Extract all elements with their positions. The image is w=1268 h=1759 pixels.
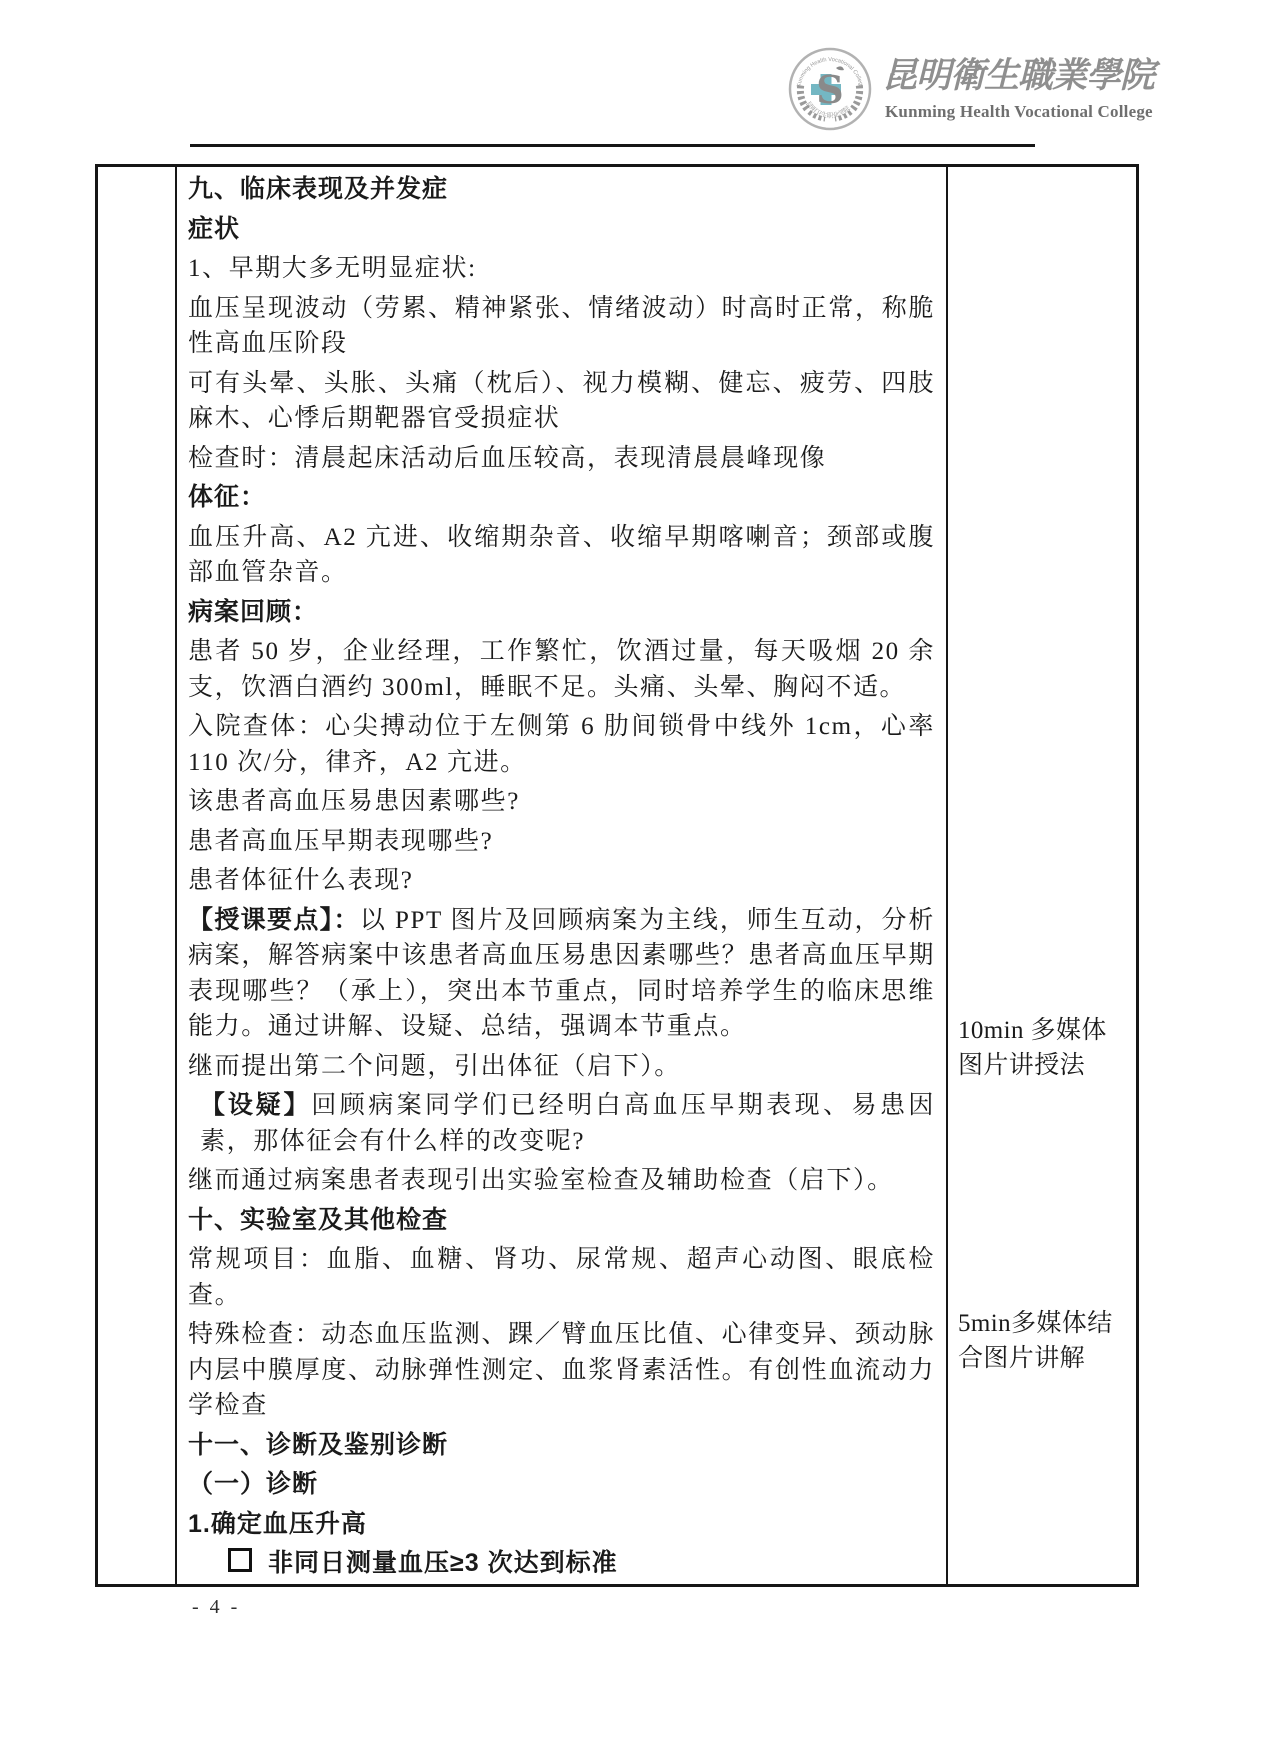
section-heading: 非同日测量血压≥3 次达到标准	[188, 1546, 935, 1582]
body-paragraph: 继而通过病案患者表现引出实验室检查及辅助检查（启下）。	[188, 1163, 935, 1199]
body-paragraph: 患者 50 岁，企业经理，工作繁忙，饮酒过量，每天吸烟 20 余支，饮酒白酒约 …	[188, 634, 935, 705]
section-heading: 九、临床表现及并发症	[188, 172, 935, 208]
college-name-english: Kunming Health Vocational College	[885, 102, 1185, 122]
lesson-content-cell: 九、临床表现及并发症症状1、早期大多无明显症状:血压呈现波动（劳累、精神紧张、情…	[177, 167, 946, 1584]
body-paragraph: 血压升高、A2 亢进、收缩期杂音、收缩早期喀喇音；颈部或腹部血管杂音。	[188, 520, 935, 591]
body-paragraph: 血压呈现波动（劳累、精神紧张、情绪波动）时高时正常，称脆性高血压阶段	[188, 291, 935, 362]
body-paragraph: 特殊检查：动态血压监测、踝／臂血压比值、心律变异、颈动脉内层中膜厚度、动脉弹性测…	[188, 1317, 935, 1424]
body-paragraph: 患者高血压早期表现哪些?	[188, 824, 935, 860]
college-logo-icon: Kunming Health Vocational College S 昆明卫生…	[787, 46, 873, 132]
body-paragraph: 可有头晕、头胀、头痛（枕后）、视力模糊、健忘、疲劳、四肢麻木、心悸后期靶器官受损…	[188, 366, 935, 437]
body-paragraph: 常规项目：血脂、血糖、肾功、尿常规、超声心动图、眼底检查。	[188, 1242, 935, 1313]
section-heading: 十、实验室及其他检查	[188, 1203, 935, 1239]
document-page: Kunming Health Vocational College S 昆明卫生…	[0, 0, 1268, 1759]
section-heading: （一）诊断	[188, 1467, 935, 1503]
time-method-cell: 10min 多媒体 图片讲授法5min多媒体结 合图片讲解	[946, 167, 1136, 1584]
section-heading: 病案回顾：	[188, 595, 935, 631]
college-name-calligraphy: 昆明衛生職業學院	[882, 50, 1162, 102]
section-heading: 十一、诊断及鉴别诊断	[188, 1428, 935, 1464]
checkbox-bullet-icon	[228, 1548, 252, 1572]
body-paragraph: 【授课要点】：以 PPT 图片及回顾病案为主线，师生互动，分析病案，解答病案中该…	[188, 903, 935, 1045]
body-paragraph: 患者体征什么表现?	[188, 863, 935, 899]
page-number: - 4 -	[192, 1596, 240, 1619]
body-paragraph: 入院查体：心尖搏动位于左侧第 6 肋间锁骨中线外 1cm，心率 110 次/分，…	[188, 709, 935, 780]
bold-label: 【设疑】	[200, 1091, 311, 1119]
body-paragraph: 检查时：清晨起床活动后血压较高，表现清晨晨峰现像	[188, 441, 935, 477]
body-paragraph: 继而提出第二个问题，引出体征（启下）。	[188, 1049, 935, 1085]
time-method-note: 5min多媒体结 合图片讲解	[958, 1306, 1132, 1376]
header-divider	[190, 144, 1035, 147]
lesson-plan-table: 九、临床表现及并发症症状1、早期大多无明显症状:血压呈现波动（劳累、精神紧张、情…	[95, 164, 1139, 1587]
time-method-note: 10min 多媒体 图片讲授法	[958, 1013, 1132, 1083]
section-heading: 体征：	[188, 480, 935, 516]
section-heading: 症状	[188, 212, 935, 248]
section-heading: 1.确定血压升高	[188, 1507, 935, 1543]
logo-monogram: S	[816, 67, 843, 112]
bold-label: 【授课要点】：	[188, 906, 360, 934]
body-paragraph: 【设疑】回顾病案同学们已经明白高血压早期表现、易患因素，那体征会有什么样的改变呢…	[188, 1088, 935, 1159]
table-left-empty-column	[98, 167, 177, 1584]
body-paragraph: 该患者高血压易患因素哪些?	[188, 784, 935, 820]
body-paragraph: 1、早期大多无明显症状:	[188, 251, 935, 287]
